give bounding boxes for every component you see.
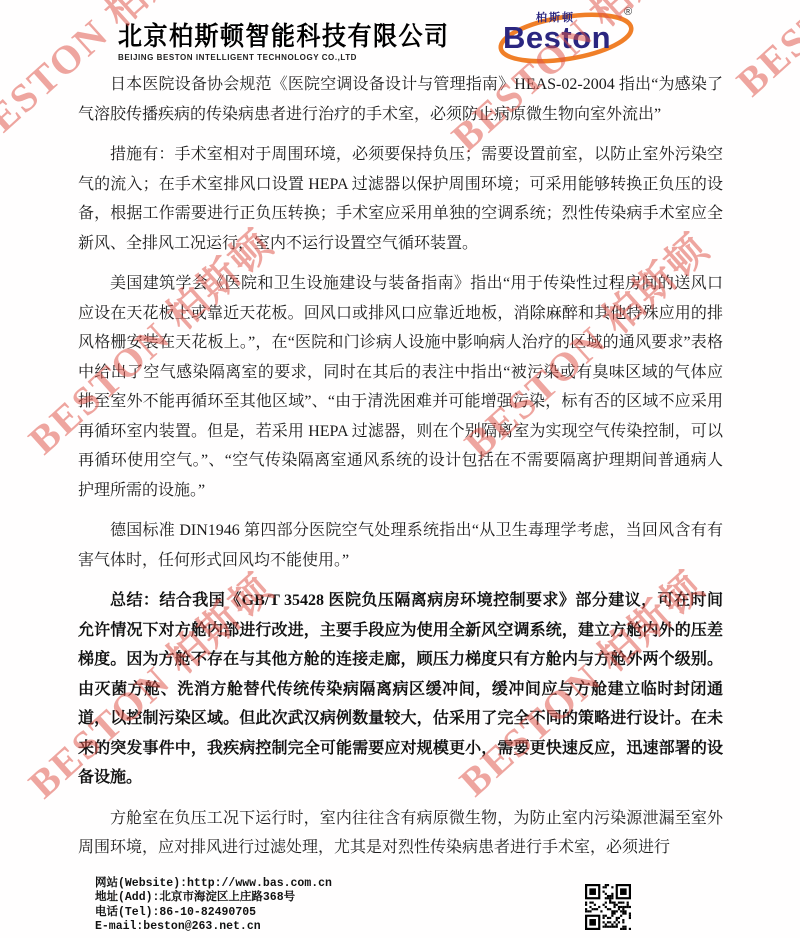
beston-logo: Beston 柏斯顿 ® [496, 8, 648, 68]
company-name-en: BEIJING BESTON INTELLIGENT TECHNOLOGY CO… [118, 53, 450, 62]
contact-line: 网站(Website):http://www.bas.com.cn [95, 877, 332, 891]
document-body: 日本医院设备协会规范《医院空调设备设计与管理指南》HEAS-02-2004 指出… [78, 70, 723, 878]
logo-brand-zh: 柏斯顿 [536, 9, 575, 25]
document-page: BESTON 柏斯顿BESTON 柏斯顿BESTON 柏斯顿BESTON 柏斯顿… [0, 0, 800, 938]
contact-info: 网站(Website):http://www.bas.com.cn地址(Add)… [95, 877, 332, 935]
paragraph: 日本医院设备协会规范《医院空调设备设计与管理指南》HEAS-02-2004 指出… [78, 70, 723, 129]
watermark-text: BESTON 柏斯顿 [722, 0, 800, 107]
contact-line: 电话(Tel):86-10-82490705 [95, 906, 332, 920]
company-name-zh: 北京柏斯顿智能科技有限公司 [118, 15, 450, 53]
letterhead: 北京柏斯顿智能科技有限公司 BEIJING BESTON INTELLIGENT… [118, 15, 450, 62]
paragraph: 德国标准 DIN1946 第四部分医院空气处理系统指出“从卫生毒理学考虑，当回风… [78, 516, 723, 575]
paragraph: 方舱室在负压工况下运行时，室内往往含有病原微生物，为防止室内污染源泄漏至室外周围… [78, 804, 723, 863]
qr-code [585, 884, 631, 930]
registered-mark-icon: ® [624, 6, 632, 18]
logo-brand-en: Beston [503, 20, 611, 56]
contact-line: 地址(Add):北京市海淀区上庄路368号 [95, 891, 332, 905]
paragraph: 措施有：手术室相对于周围环境，必须要保持负压；需要设置前室，以防止室外污染空气的… [78, 140, 723, 258]
contact-line: E-mail:beston@263.net.cn [95, 920, 332, 934]
paragraph: 美国建筑学会《医院和卫生设施建设与装备指南》指出“用于传染性过程房间的送风口应设… [78, 269, 723, 505]
summary-paragraph: 总结：结合我国《GB/T 35428 医院负压隔离病房环境控制要求》部分建议，可… [78, 586, 723, 793]
